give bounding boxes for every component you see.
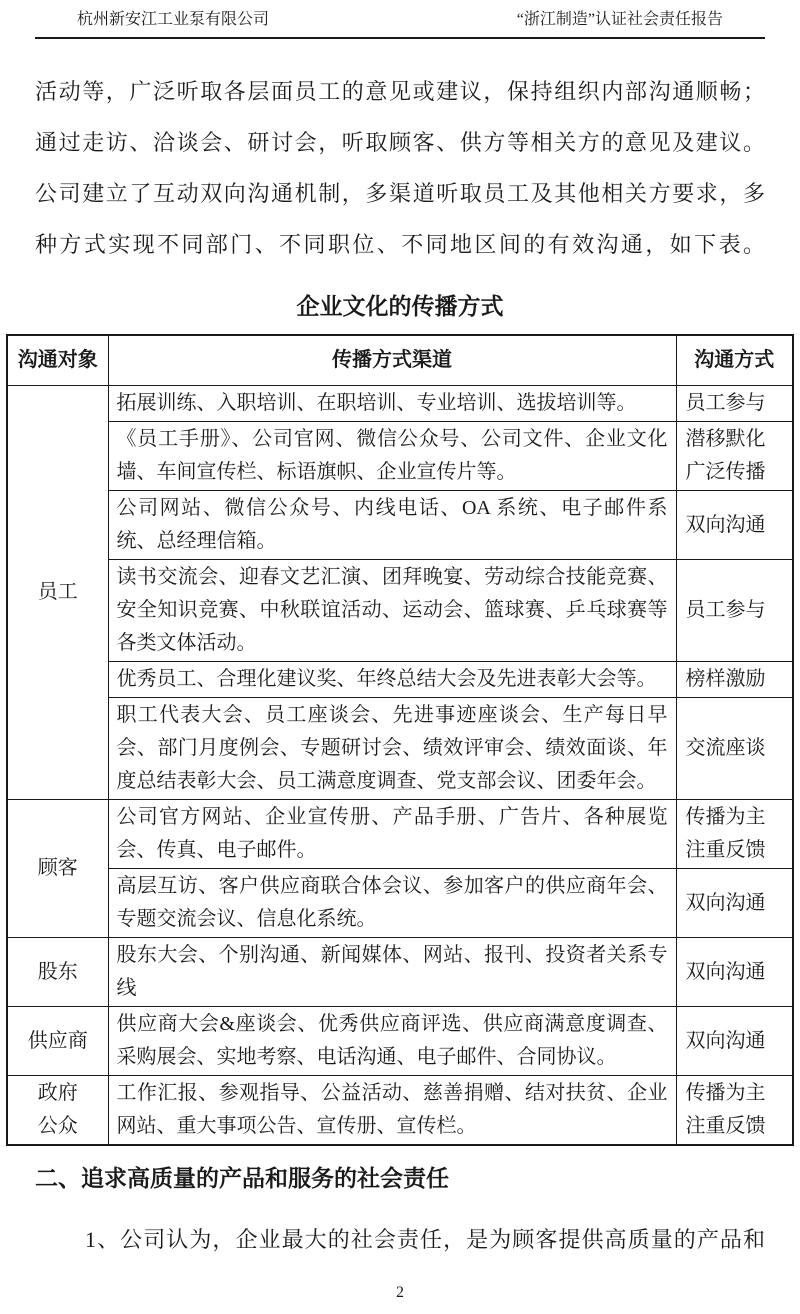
paragraph-line: 种方式实现不同部门、不同职位、不同地区间的有效沟通，如下表。 [35, 219, 765, 270]
table-row: 政府 公众 工作汇报、参观指导、公益活动、慈善捐赠、结对扶贫、企业网站、重大事项… [7, 1076, 793, 1146]
channel-cell: 供应商大会&座谈会、优秀供应商评选、供应商满意度调查、采购展会、实地考察、电话沟… [108, 1007, 676, 1076]
page-header: 杭州新安江工业泵有限公司 “浙江制造”认证社会责任报告 [35, 0, 765, 39]
header-company-name: 杭州新安江工业泵有限公司 [77, 10, 269, 30]
page-number: 2 [0, 1284, 800, 1302]
communication-table: 沟通对象 传播方式渠道 沟通方式 员工 拓展训练、入职培训、在职培训、专业培训、… [6, 334, 794, 1146]
method-cell: 双向沟通 [676, 1007, 793, 1076]
method-cell: 潜移默化 广泛传播 [676, 422, 793, 491]
method-line: 广泛传播 [686, 456, 784, 489]
header-report-title: “浙江制造”认证社会责任报告 [517, 10, 723, 30]
channel-cell: 《员工手册》、公司官网、微信公众号、公司文件、企业文化墙、车间宣传栏、标语旗帜、… [108, 422, 676, 491]
method-line: 注重反馈 [686, 834, 784, 867]
table-title: 企业文化的传播方式 [0, 292, 800, 322]
table-header-row: 沟通对象 传播方式渠道 沟通方式 [7, 335, 793, 386]
method-cell: 榜样激励 [676, 662, 793, 698]
body-paragraph: 1、公司认为，企业最大的社会责任，是为顾客提供高质量的产品和 [35, 1214, 765, 1265]
channel-cell: 优秀员工、合理化建议奖、年终总结大会及先进表彰大会等。 [108, 662, 676, 698]
channel-cell: 拓展训练、入职培训、在职培训、专业培训、选拔培训等。 [108, 386, 676, 422]
section-heading: 二、追求高质量的产品和服务的社会责任 [35, 1162, 765, 1194]
stakeholder-line: 公众 [10, 1110, 106, 1143]
method-cell: 双向沟通 [676, 869, 793, 938]
stakeholder-cell-government-public: 政府 公众 [7, 1076, 108, 1146]
stakeholder-cell-customer: 顾客 [7, 800, 108, 938]
table-row: 员工 拓展训练、入职培训、在职培训、专业培训、选拔培训等。 员工参与 [7, 386, 793, 422]
channel-cell: 职工代表大会、员工座谈会、先进事迹座谈会、生产每日早会、部门月度例会、专题研讨会… [108, 698, 676, 800]
stakeholder-line: 政府 [10, 1077, 106, 1110]
channel-cell: 工作汇报、参观指导、公益活动、慈善捐赠、结对扶贫、企业网站、重大事项公告、宣传册… [108, 1076, 676, 1146]
channel-cell: 股东大会、个别沟通、新闻媒体、网站、报刊、投资者关系专线 [108, 938, 676, 1007]
table-row: 顾客 公司官方网站、企业宣传册、产品手册、广告片、各种展览会、传真、电子邮件。 … [7, 800, 793, 869]
channel-cell: 公司官方网站、企业宣传册、产品手册、广告片、各种展览会、传真、电子邮件。 [108, 800, 676, 869]
method-cell: 交流座谈 [676, 698, 793, 800]
paragraph-line: 通过走访、洽谈会、研讨会，听取顾客、供方等相关方的意见及建议。 [35, 117, 765, 168]
table-row: 优秀员工、合理化建议奖、年终总结大会及先进表彰大会等。 榜样激励 [7, 662, 793, 698]
intro-paragraph: 活动等，广泛听取各层面员工的意见或建议，保持组织内部沟通顺畅； 通过走访、洽谈会… [35, 66, 765, 270]
stakeholder-cell-supplier: 供应商 [7, 1007, 108, 1076]
method-line: 传播为主 [686, 1077, 784, 1110]
column-header-method: 沟通方式 [676, 335, 793, 386]
method-cell: 双向沟通 [676, 491, 793, 560]
table-row: 股东 股东大会、个别沟通、新闻媒体、网站、报刊、投资者关系专线 双向沟通 [7, 938, 793, 1007]
method-line: 注重反馈 [686, 1110, 784, 1143]
method-cell: 传播为主 注重反馈 [676, 800, 793, 869]
channel-cell: 读书交流会、迎春文艺汇演、团拜晚宴、劳动综合技能竞赛、安全知识竞赛、中秋联谊活动… [108, 560, 676, 662]
method-cell: 员工参与 [676, 386, 793, 422]
method-cell: 员工参与 [676, 560, 793, 662]
column-header-object: 沟通对象 [7, 335, 108, 386]
table-row: 《员工手册》、公司官网、微信公众号、公司文件、企业文化墙、车间宣传栏、标语旗帜、… [7, 422, 793, 491]
method-cell: 双向沟通 [676, 938, 793, 1007]
paragraph-line: 公司建立了互动双向沟通机制，多渠道听取员工及其他相关方要求，多 [35, 168, 765, 219]
paragraph-line: 活动等，广泛听取各层面员工的意见或建议，保持组织内部沟通顺畅； [35, 66, 765, 117]
table-row: 职工代表大会、员工座谈会、先进事迹座谈会、生产每日早会、部门月度例会、专题研讨会… [7, 698, 793, 800]
table-row: 公司网站、微信公众号、内线电话、OA 系统、电子邮件系统、总经理信箱。 双向沟通 [7, 491, 793, 560]
table-row: 读书交流会、迎春文艺汇演、团拜晚宴、劳动综合技能竞赛、安全知识竞赛、中秋联谊活动… [7, 560, 793, 662]
method-line: 传播为主 [686, 801, 784, 834]
table-row: 供应商 供应商大会&座谈会、优秀供应商评选、供应商满意度调查、采购展会、实地考察… [7, 1007, 793, 1076]
channel-cell: 高层互访、客户供应商联合体会议、参加客户的供应商年会、专题交流会议、信息化系统。 [108, 869, 676, 938]
method-cell: 传播为主 注重反馈 [676, 1076, 793, 1146]
channel-cell: 公司网站、微信公众号、内线电话、OA 系统、电子邮件系统、总经理信箱。 [108, 491, 676, 560]
stakeholder-cell-shareholder: 股东 [7, 938, 108, 1007]
document-page: 杭州新安江工业泵有限公司 “浙江制造”认证社会责任报告 活动等，广泛听取各层面员… [0, 0, 800, 1314]
table-row: 高层互访、客户供应商联合体会议、参加客户的供应商年会、专题交流会议、信息化系统。… [7, 869, 793, 938]
method-line: 潜移默化 [686, 423, 784, 456]
stakeholder-cell-employee: 员工 [7, 386, 108, 800]
column-header-channel: 传播方式渠道 [108, 335, 676, 386]
